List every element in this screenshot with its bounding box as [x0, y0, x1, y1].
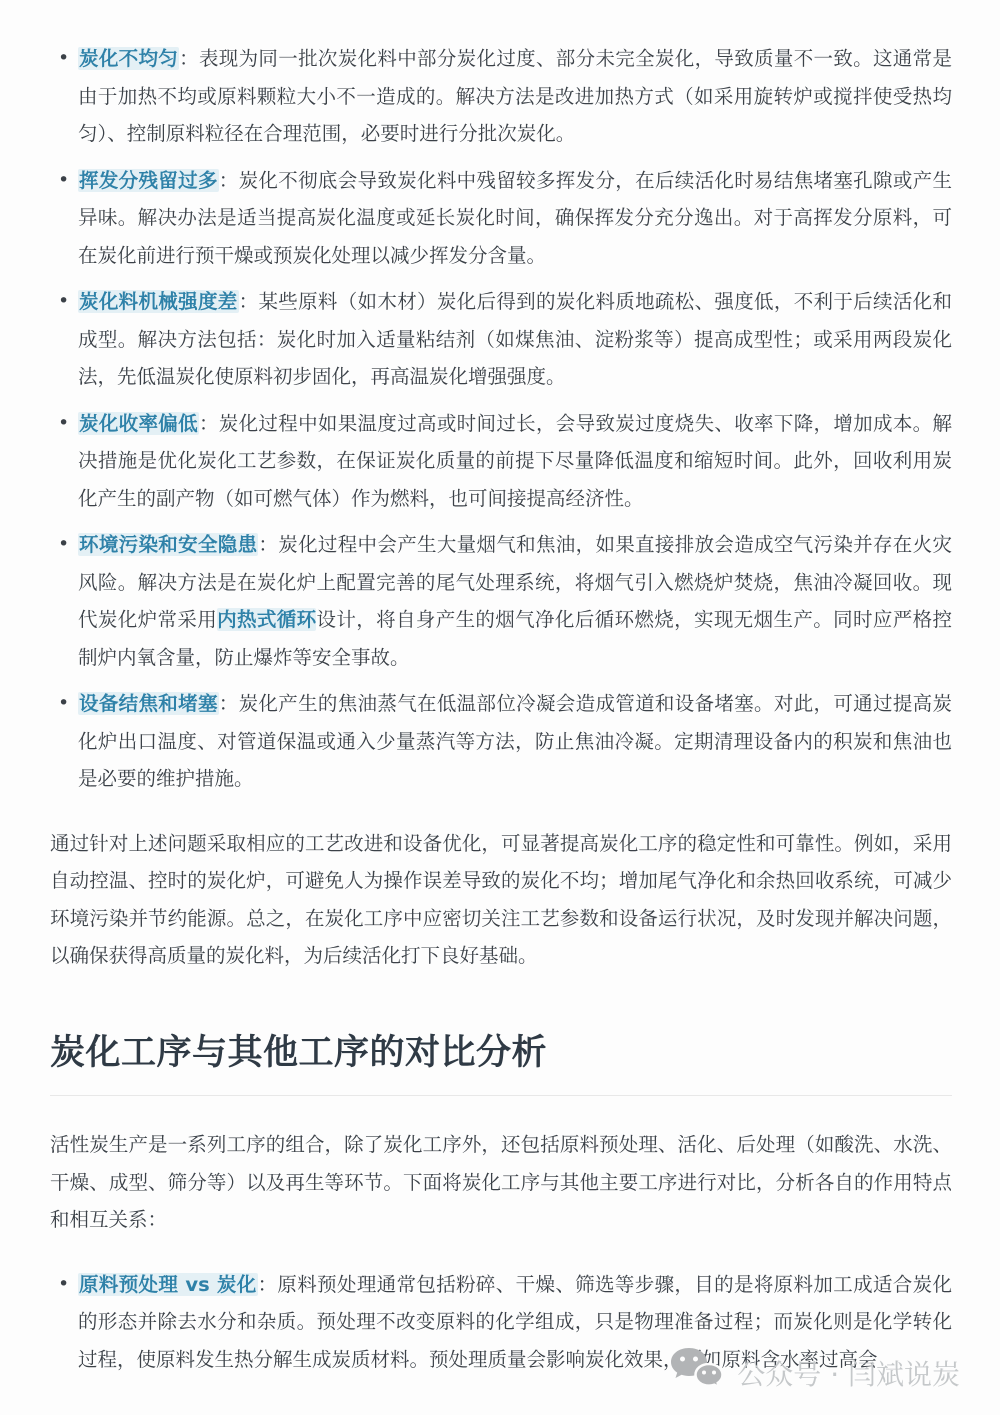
issue-term: 炭化料机械强度差 — [78, 290, 239, 313]
issue-term: 炭化不均匀 — [78, 47, 179, 70]
term-colon: ： — [199, 412, 219, 435]
section-heading: 炭化工序与其他工序的对比分析 — [50, 1031, 952, 1077]
inline-highlight-term: 内热式循环 — [217, 608, 316, 631]
term-colon: ： — [258, 533, 278, 556]
issue-body: 表现为同一批次炭化料中部分炭化过度、部分未完全炭化，导致质量不一致。这通常是由于… — [78, 47, 952, 145]
list-item: 炭化料机械强度差：某些原料（如木材）炭化后得到的炭化料质地疏松、强度低，不利于后… — [50, 283, 952, 396]
section-intro-paragraph: 活性炭生产是一系列工序的组合，除了炭化工序外，还包括原料预处理、活化、后处理（如… — [50, 1126, 952, 1239]
watermark-text: 公众号 · 闫斌说炭 — [737, 1353, 960, 1393]
issue-term: 挥发分残留过多 — [78, 169, 219, 192]
term-colon: ： — [219, 692, 239, 715]
list-item: 炭化收率偏低：炭化过程中如果温度过高或时间过长，会导致炭过度烧失、收率下降，增加… — [50, 405, 952, 518]
list-item: 环境污染和安全隐患：炭化过程中会产生大量烟气和焦油，如果直接排放会造成空气污染并… — [50, 526, 952, 676]
issue-term: 炭化收率偏低 — [78, 412, 199, 435]
issue-term: 环境污染和安全隐患 — [78, 533, 258, 556]
list-item: 炭化不均匀：表现为同一批次炭化料中部分炭化过度、部分未完全炭化，导致质量不一致。… — [50, 40, 952, 153]
list-item: 挥发分残留过多：炭化不彻底会导致炭化料中残留较多挥发分，在后续活化时易结焦堵塞孔… — [50, 162, 952, 275]
article-page: 炭化不均匀：表现为同一批次炭化料中部分炭化过度、部分未完全炭化，导致质量不一致。… — [0, 0, 1000, 1415]
section-divider — [50, 1095, 952, 1096]
summary-paragraph: 通过针对上述问题采取相应的工艺改进和设备优化，可显著提高炭化工序的稳定性和可靠性… — [50, 825, 952, 975]
wechat-watermark: 公众号 · 闫斌说炭 — [669, 1346, 960, 1399]
list-item: 设备结焦和堵塞：炭化产生的焦油蒸气在低温部位冷凝会造成管道和设备堵塞。对此，可通… — [50, 685, 952, 798]
issues-list: 炭化不均匀：表现为同一批次炭化料中部分炭化过度、部分未完全炭化，导致质量不一致。… — [50, 40, 952, 798]
term-colon: ： — [179, 47, 199, 70]
term-colon: ： — [219, 169, 239, 192]
issue-term: 设备结焦和堵塞 — [78, 692, 219, 715]
term-colon: ： — [258, 1273, 278, 1296]
wechat-icon — [669, 1346, 725, 1399]
comparison-term: 原料预处理 vs 炭化 — [78, 1273, 258, 1296]
term-colon: ： — [239, 290, 259, 313]
